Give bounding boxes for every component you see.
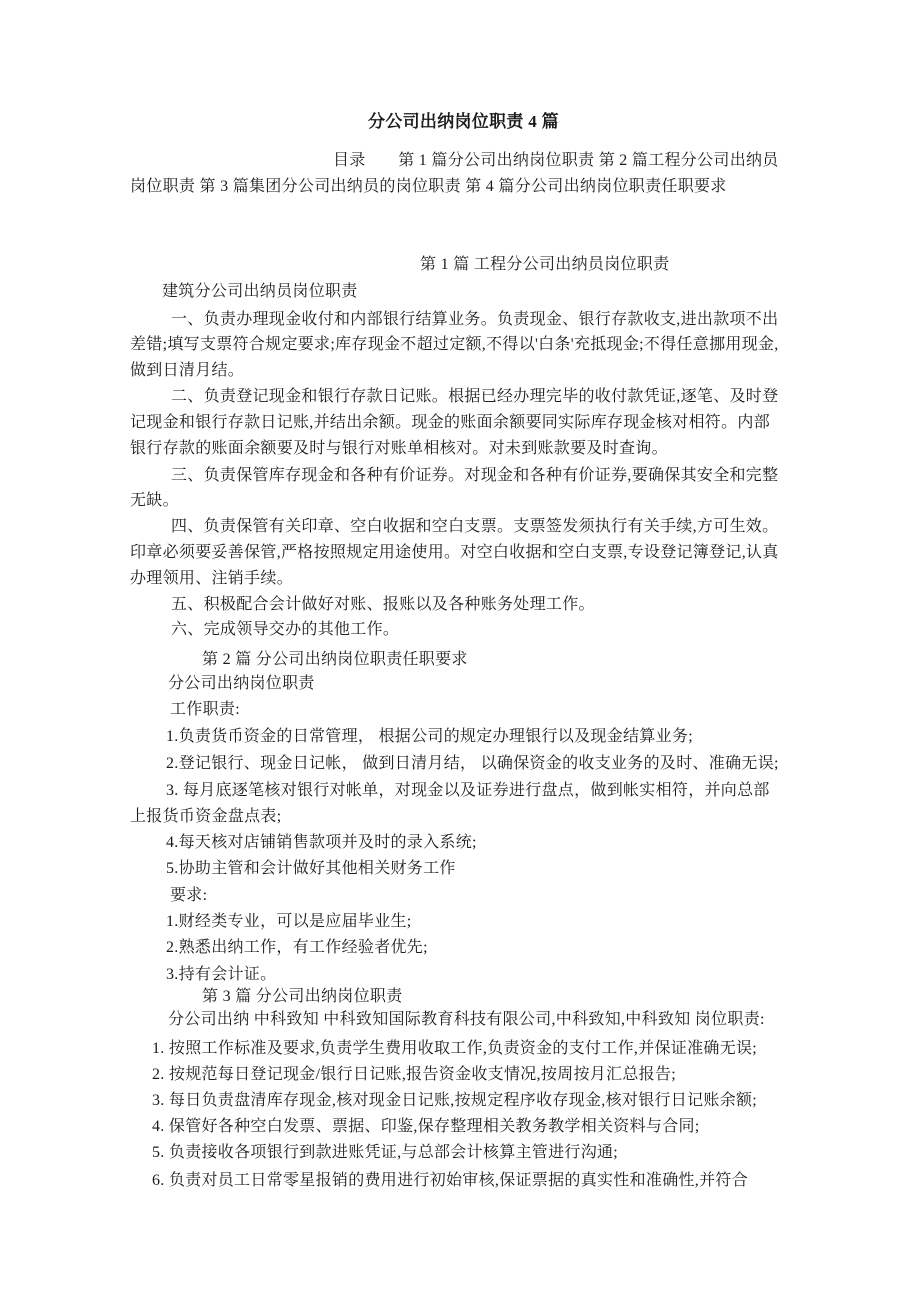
paragraph-line: 办理领用、注销手续。 <box>130 571 293 587</box>
paragraph-line: 分公司出纳岗位职责 <box>168 676 315 692</box>
paragraph-line: 六、完成领导交办的其他工作。 <box>171 622 399 638</box>
toc-line: 目录 第 1 篇分公司出纳岗位职责 第 2 篇工程分公司出纳员 <box>333 153 779 169</box>
document-page: 分公司出纳岗位职责 4 篇目录 第 1 篇分公司出纳岗位职责 第 2 篇工程分公… <box>0 0 920 1302</box>
list-item-line: 2.熟悉出纳工作，有工作经验者优先; <box>166 940 428 956</box>
paragraph-line: 分公司出纳 中科致知 中科致知国际教育科技有限公司,中科致知,中科致知 岗位职责… <box>168 1012 765 1028</box>
list-item-line: 4.每天核对店铺销售款项并及时的录入系统; <box>166 835 477 851</box>
paragraph-line: 差错;填写支票符合规定要求;库存现金不超过定额,不得以'白条'充抵现金;不得任意… <box>130 337 779 353</box>
paragraph-line: 四、负责保管有关印章、空白收据和空白支票。支票签发须执行有关手续,方可生效。 <box>171 519 778 535</box>
list-item-line: 2. 按规范每日登记现金/银行日记账,报告资金收支情况,按周按月汇总报告; <box>152 1067 676 1083</box>
section-2-heading: 第 2 篇 分公司出纳岗位职责任职要求 <box>202 652 468 668</box>
list-item-line: 1. 按照工作标准及要求,负责学生费用收取工作,负责资金的支付工作,并保证准确无… <box>152 1041 757 1057</box>
list-item-line: 3. 每日负责盘清库存现金,核对现金日记账,按规定程序收存现金,核对银行日记账余… <box>152 1093 757 1109</box>
document-title: 分公司出纳岗位职责 4 篇 <box>368 113 559 130</box>
list-item-line: 3.持有会计证。 <box>166 967 276 983</box>
paragraph-line: 无缺。 <box>130 493 179 509</box>
paragraph-line: 要求: <box>170 888 207 904</box>
paragraph-line: 建筑分公司出纳员岗位职责 <box>162 284 358 300</box>
list-item-line: 6. 负责对员工日常零星报销的费用进行初始审核,保证票据的真实性和准确性,并符合 <box>152 1173 748 1189</box>
list-item-line: 5. 负责接收各项银行到款进账凭证,与总部会计核算主管进行沟通; <box>152 1145 618 1161</box>
list-item-line: 1.负责货币资金的日常管理， 根据公司的规定办理银行以及现金结算业务; <box>166 729 693 745</box>
section-3-heading: 第 3 篇 分公司出纳岗位职责 <box>202 989 403 1005</box>
paragraph-line: 五、积极配合会计做好对账、报账以及各种账务处理工作。 <box>171 597 595 613</box>
paragraph-line: 印章必须要妥善保管,严格按照规定用途使用。对空白收据和空白支票,专设登记簿登记,… <box>130 545 779 561</box>
paragraph-line: 做到日清月结。 <box>130 363 244 379</box>
paragraph-line: 三、负责保管库存现金和各种有价证券。对现金和各种有价证券,要确保其安全和完整 <box>171 468 778 484</box>
list-item-line: 1.财经类专业，可以是应届毕业生; <box>166 914 412 930</box>
paragraph-line: 一、负责办理现金收付和内部银行结算业务。负责现金、银行存款收支,进出款项不出 <box>171 312 778 328</box>
list-item-line: 3. 每月底逐笔核对银行对帐单，对现金以及证券进行盘点，做到帐实相符，并向总部 <box>166 783 770 799</box>
paragraph-line: 记现金和银行存款日记账,并结出余额。现金的账面余额要同实际库存现金核对相符。内部 <box>130 415 770 431</box>
section-1-heading: 第 1 篇 工程分公司出纳员岗位职责 <box>420 257 669 273</box>
list-item-line: 2.登记银行、现金日记帐， 做到日清月结， 以确保资金的收支业务的及时、准确无误… <box>166 756 779 772</box>
toc-line: 岗位职责 第 3 篇集团分公司出纳员的岗位职责 第 4 篇分公司出纳岗位职责任职… <box>130 179 727 195</box>
list-item-line: 5.协助主管和会计做好其他相关财务工作 <box>166 861 456 877</box>
paragraph-line: 二、负责登记现金和银行存款日记账。根据已经办理完毕的收付款凭证,逐笔、及时登 <box>171 389 778 405</box>
paragraph-line: 工作职责: <box>170 702 240 718</box>
paragraph-line: 银行存款的账面余额要及时与银行对账单相核对。对未到账款要及时查询。 <box>130 441 668 457</box>
list-item-line: 上报货币资金盘点表; <box>130 809 281 825</box>
list-item-line: 4. 保管好各种空白发票、票据、印鉴,保存整理相关教务教学相关资料与合同; <box>152 1119 700 1135</box>
